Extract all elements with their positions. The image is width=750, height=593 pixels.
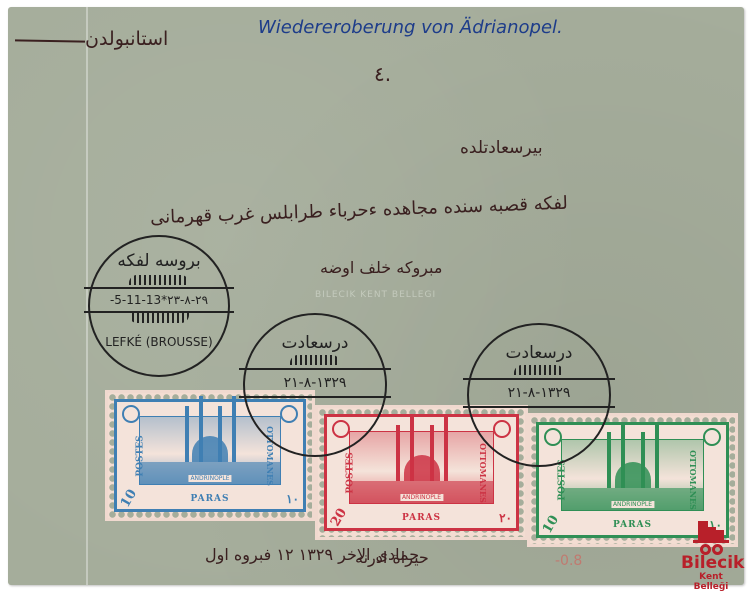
stamp-denomination-arabic: ١٠ [286,492,299,506]
postmark-dersaadet-1: درسعادت ١٣٢٩-٨-٢١ [243,313,387,457]
number-handwriting: ٤. [374,62,391,86]
postmark-lefke: بروسه لفكه -5-11-13*٢٩-٨-٢٣ LEFKÉ (BROUS… [88,235,230,377]
postmark-bottom-text: LEFKÉ (BROUSSE) [90,335,228,349]
address-line-3: مبروكه خلف اوضه [320,258,442,277]
stamp-unit: PARAS [613,520,652,530]
bottom-note-2: حيراة ادرنه [355,548,429,567]
address-line-1: بيرسعادتلده [460,138,543,158]
stamp-left-text: POSTES [136,435,146,476]
logo-name: Bilecik [681,555,741,572]
stamp-right-text: OTTOMANES [478,443,488,503]
watermark: BILECIK KENT BELLEGI [315,290,436,300]
postmark-date-band: ١٣٢٩-٨-٢١ [239,368,391,398]
stamp-left-text: POSTES [346,452,356,493]
stamp-unit: PARAS [402,513,441,523]
stamp-caption: ANDRINOPLE [611,501,654,508]
postmark-top-text: بروسه لفكه [90,251,228,271]
postmark-date-band: -5-11-13*٢٩-٨-٢٣ [84,287,234,313]
stamp-caption: ANDRINOPLE [400,494,443,501]
stamp-denomination-arabic: ٢٠ [499,511,512,525]
stamp-denomination: 10 [118,487,140,510]
postmark-top-text: درسعادت [469,343,609,363]
postmark-top-text: درسعادت [245,333,385,353]
stamp-denomination: 10 [540,513,562,536]
bilecik-kent-bellegi-logo: Bilecik Kent Belleği [681,515,741,592]
postmark-date-band: ١٣٢٩-٨-٢١ [463,378,615,408]
logo-subtitle: Kent Belleği [681,572,741,592]
stamp-left-text: POSTES [558,459,568,500]
origin-handwriting: استانبولدن [85,28,168,50]
tughra-emblem [122,405,140,423]
pencil-mark: -0.8 [555,553,582,569]
stamp-caption: ANDRINOPLE [188,475,231,482]
postmark-dersaadet-2: درسعادت ١٣٢٩-٨-٢١ [467,323,611,467]
building-wheels-icon [681,515,741,555]
stamp-unit: PARAS [190,494,229,504]
stamp-right-text: OTTOMANES [688,450,698,510]
title-german-handwriting: Wiedereroberung von Ädrianopel. [258,17,563,38]
stamp-denomination: 20 [328,506,350,529]
